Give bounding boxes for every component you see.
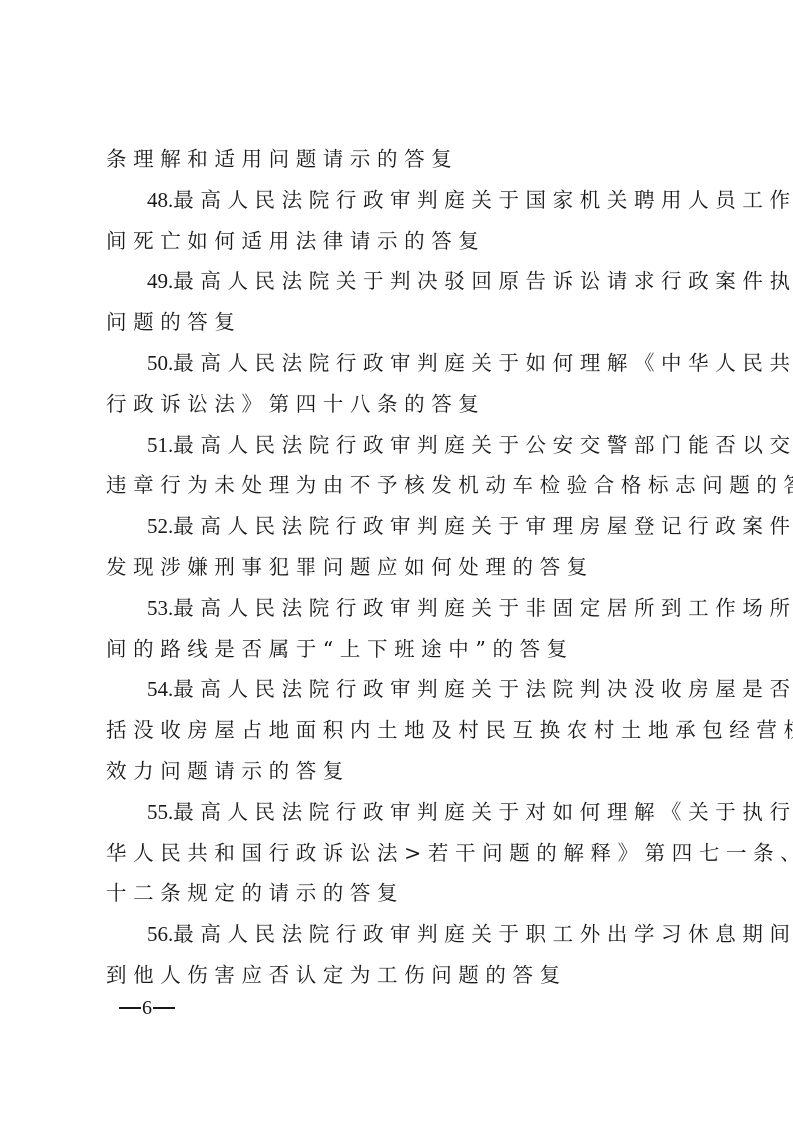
item-text: 效力问题请示的答复 [106,751,690,792]
item-number: 51. [147,433,173,457]
item-text: 发现涉嫌刑事犯罪问题应如何处理的答复 [106,547,690,588]
item-number: 48. [147,188,173,212]
item-number: 53. [147,596,173,620]
item-text: 十二条规定的请示的答复 [106,873,690,914]
item-text: 问题的答复 [106,302,690,343]
item-text: 最高人民法院关于判决驳回原告诉讼请求行政案件执行 [173,269,793,293]
item-text: 到他人伤害应否认定为工伤问题的答复 [106,955,690,996]
item-text: 最高人民法院行政审判庭关于审理房屋登记行政案件中 [173,514,793,538]
list-item-49: 49.最高人民法院关于判决驳回原告诉讼请求行政案件执行 问题的答复 [106,261,690,343]
page-number-value: 6 [141,996,153,1020]
item-text: 华人民共和国行政诉讼法>若干问题的解释》第四七一条、第四 [106,833,690,874]
document-page: 条理解和适用问题请示的答复 48.最高人民法院行政审判庭关于国家机关聘用人员工作… [106,139,690,996]
item-text: 违章行为未处理为由不予核发机动车检验合格标志问题的答复 [106,465,690,506]
continuation-line: 条理解和适用问题请示的答复 [106,139,690,180]
list-item-51: 51.最高人民法院行政审判庭关于公安交警部门能否以交通 违章行为未处理为由不予核… [106,425,690,507]
list-item-56: 56.最高人民法院行政审判庭关于职工外出学习休息期间受 到他人伤害应否认定为工伤… [106,914,690,996]
list-item-48: 48.最高人民法院行政审判庭关于国家机关聘用人员工作期 间死亡如何适用法律请示的… [106,180,690,262]
item-number: 49. [147,269,173,293]
item-text: 间死亡如何适用法律请示的答复 [106,221,690,262]
list-item-52: 52.最高人民法院行政审判庭关于审理房屋登记行政案件中 发现涉嫌刑事犯罪问题应如… [106,506,690,588]
item-number: 56. [147,922,173,946]
list-item-53: 53.最高人民法院行政审判庭关于非固定居所到工作场所之 间的路线是否属于“上下班… [106,588,690,670]
item-text: 最高人民法院行政审判庭关于非固定居所到工作场所之 [173,596,793,620]
item-text: 间的路线是否属于“上下班途中”的答复 [106,629,690,670]
item-number: 54. [147,677,173,701]
dash-left [119,1007,141,1008]
item-number: 55. [147,800,173,824]
item-text: 最高人民法院行政审判庭关于如何理解《中华人民共和国 [173,351,793,375]
item-text: 最高人民法院行政审判庭关于对如何理解《关于执行<中 [173,800,793,824]
item-text: 行政诉讼法》第四十八条的答复 [106,384,690,425]
item-text: 最高人民法院行政审判庭关于法院判决没收房屋是否包 [173,677,793,701]
list-item-50: 50.最高人民法院行政审判庭关于如何理解《中华人民共和国 行政诉讼法》第四十八条… [106,343,690,425]
list-item-55: 55.最高人民法院行政审判庭关于对如何理解《关于执行<中 华人民共和国行政诉讼法… [106,792,690,914]
list-item-54: 54.最高人民法院行政审判庭关于法院判决没收房屋是否包 括没收房屋占地面积内土地… [106,669,690,791]
item-text: 最高人民法院行政审判庭关于公安交警部门能否以交通 [173,433,793,457]
item-number: 50. [147,351,173,375]
item-text: 最高人民法院行政审判庭关于国家机关聘用人员工作期 [173,188,793,212]
item-text: 最高人民法院行政审判庭关于职工外出学习休息期间受 [173,922,793,946]
item-number: 52. [147,514,173,538]
item-text: 括没收房屋占地面积内土地及村民互换农村土地承包经营权行为 [106,710,690,751]
dash-right [153,1007,175,1008]
page-number: 6 [119,996,175,1020]
